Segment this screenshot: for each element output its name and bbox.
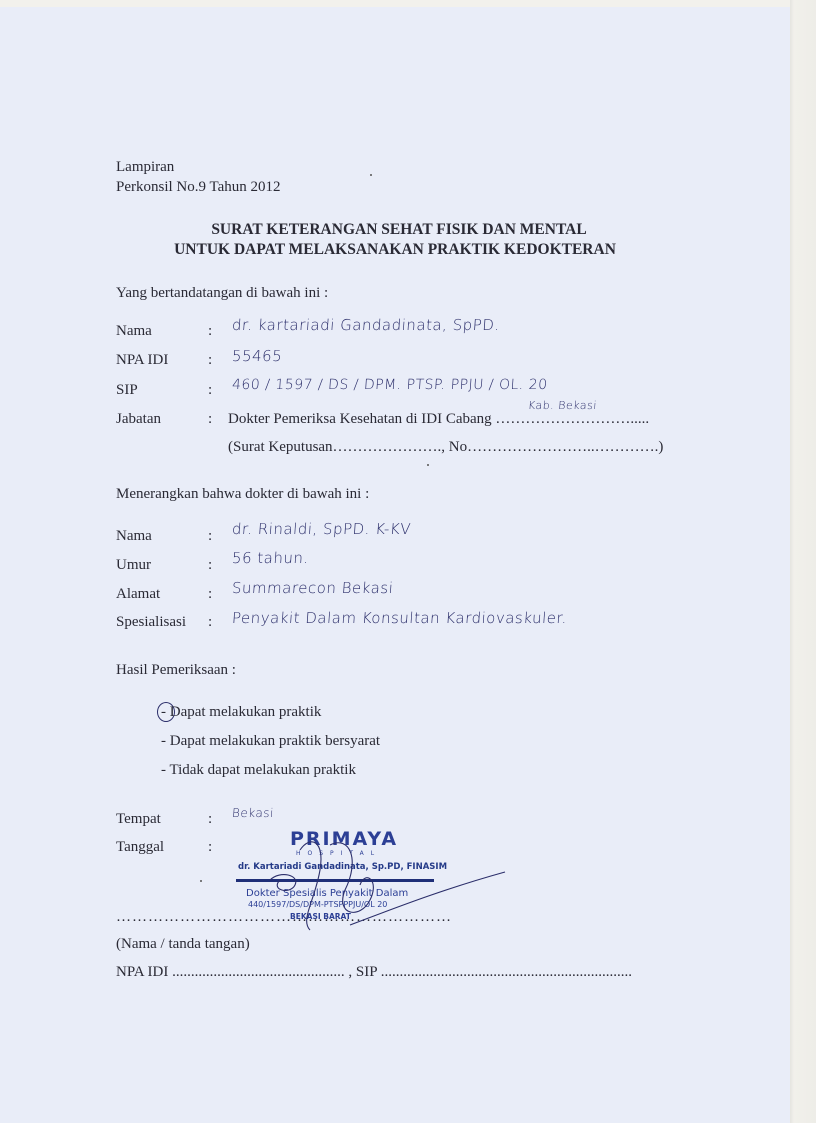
subject-specialty-label: Spesialisasi [116, 613, 186, 631]
result-option-unfit: - Tidak dapat melakukan praktik [161, 761, 356, 779]
stamp-divider [236, 879, 434, 882]
decree-line: (Surat Keputusan…………………., No……………………..……… [228, 438, 663, 456]
signatory-sip-value: 460 / 1597 / DS / DPM. PTSP. PPJU / OL. … [231, 376, 548, 394]
colon: : [208, 585, 212, 603]
npa-sip-line: NPA IDI ................................… [116, 963, 632, 981]
colon: : [208, 838, 212, 856]
stamp-doctor-name: dr. Kartariadi Gandadinata, Sp.PD, FINAS… [238, 862, 447, 872]
result-option-fit: - Dapat melakukan praktik [161, 703, 321, 721]
colon: : [208, 322, 212, 340]
signatory-name-label: Nama [116, 322, 152, 340]
regulation-reference: Perkonsil No.9 Tahun 2012 [116, 178, 281, 196]
document-title-line2: UNTUK DAPAT MELAKSANAKAN PRAKTIK KEDOKTE… [0, 240, 816, 260]
subject-intro: Menerangkan bahwa dokter di bawah ini : [116, 485, 369, 503]
colon: : [208, 556, 212, 574]
subject-name-label: Nama [116, 527, 152, 545]
colon: : [208, 613, 212, 631]
name-signature-label: (Nama / tanda tangan) [116, 935, 250, 953]
signatory-intro: Yang bertandatangan di bawah ini : [116, 284, 328, 302]
colon: : [208, 410, 212, 428]
colon: : [208, 351, 212, 369]
scanner-top-edge [0, 0, 816, 7]
stamp-subtitle: HOSPITAL [296, 850, 381, 857]
signature-dotted-line: ……………………………………………………… [116, 908, 452, 926]
subject-age-value: 56 tahun. [231, 549, 309, 567]
colon: : [208, 527, 212, 545]
stamp-specialty: Dokter Spesialis Penyakit Dalam [246, 888, 408, 899]
result-heading: Hasil Pemeriksaan : [116, 661, 236, 679]
signatory-npa-value: 55465 [231, 347, 282, 365]
colon: : [208, 381, 212, 399]
scanner-right-edge [790, 0, 816, 1123]
signatory-position-label: Jabatan [116, 410, 161, 428]
speck [427, 464, 429, 466]
subject-specialty-value: Penyakit Dalam Konsultan Kardiovaskuler. [231, 609, 567, 627]
speck [370, 174, 372, 176]
place-value: Bekasi [231, 804, 274, 822]
subject-name-value: dr. Rinaldi, SpPD. K-KV [231, 520, 411, 538]
document-title-line1: SURAT KETERANGAN SEHAT FISIK DAN MENTAL [0, 220, 816, 240]
subject-age-label: Umur [116, 556, 151, 574]
speck [200, 880, 202, 882]
signatory-name-value: dr. kartariadi Gandadinata, SpPD. [231, 316, 500, 334]
signatory-sip-label: SIP [116, 381, 138, 399]
result-option-conditional: - Dapat melakukan praktik bersyarat [161, 732, 380, 750]
signatory-npa-label: NPA IDI [116, 351, 168, 369]
subject-address-value: Summarecon Bekasi [231, 579, 394, 597]
stamp-brand: PRIMAYA [290, 828, 398, 850]
attachment-label: Lampiran [116, 158, 174, 176]
place-label: Tempat [116, 810, 161, 828]
hospital-stamp: PRIMAYA HOSPITAL dr. Kartariadi Gandadin… [228, 828, 448, 918]
date-label: Tanggal [116, 838, 164, 856]
signatory-branch-handwritten: Kab. Bekasi [527, 397, 597, 415]
colon: : [208, 810, 212, 828]
subject-address-label: Alamat [116, 585, 160, 603]
